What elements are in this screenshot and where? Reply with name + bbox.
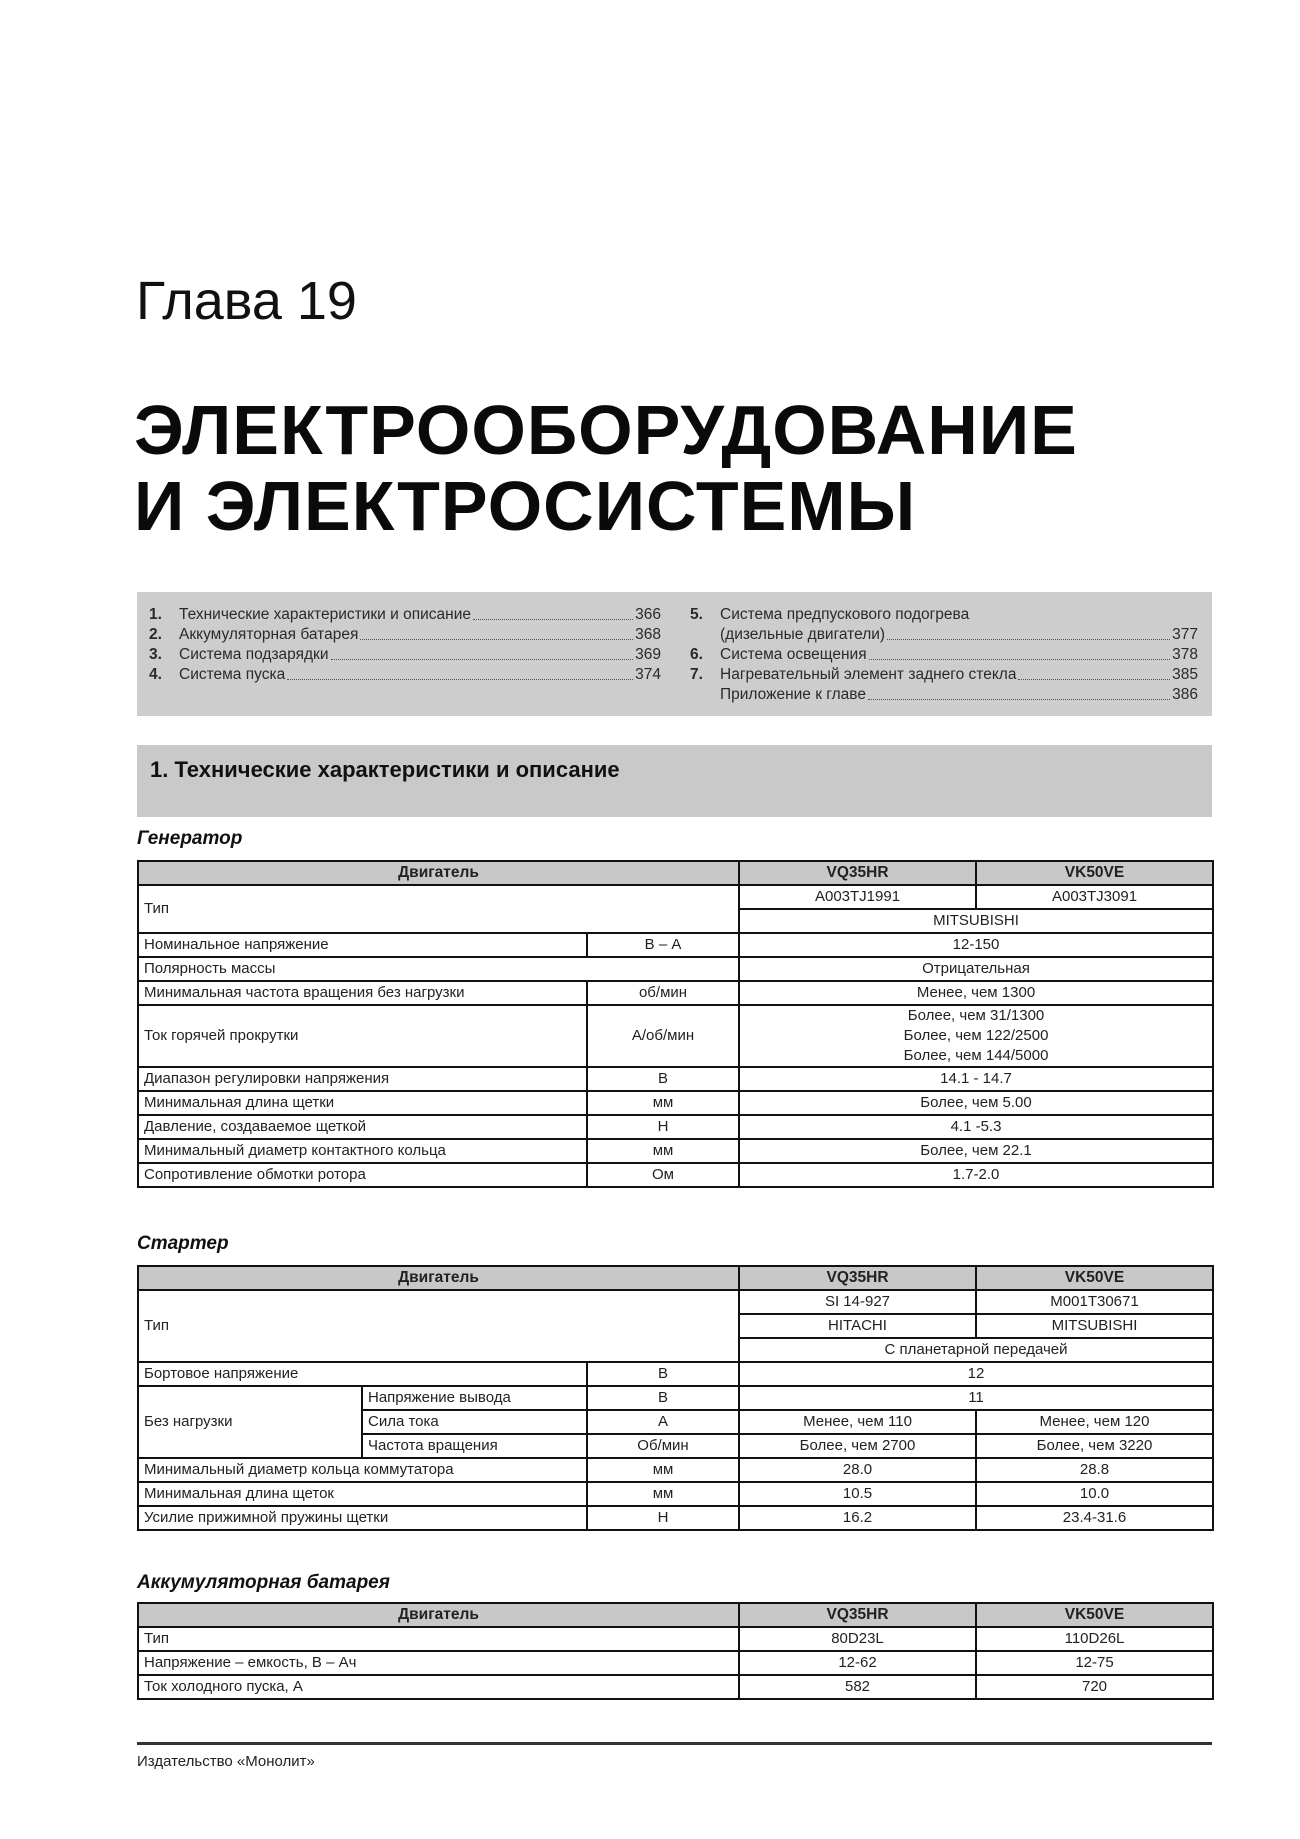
generator-title: Генератор: [137, 828, 242, 850]
toc-leader: [1018, 679, 1170, 680]
row-label: Ток горячей прокрутки: [138, 1005, 587, 1067]
table-row: Сопротивление обмотки ротора Ом 1.7-2.0: [138, 1163, 1213, 1187]
toc-label: Технические характеристики и описание: [179, 605, 471, 625]
toc-item[interactable]: 1.Технические характеристики и описание3…: [149, 605, 661, 625]
table-header-row: Двигатель VQ35HR VK50VE: [138, 1603, 1213, 1627]
row-unit: В: [587, 1067, 739, 1091]
row-unit: мм: [587, 1482, 739, 1506]
section-header: 1. Технические характеристики и описание: [137, 745, 1212, 817]
toc-number: 6.: [690, 645, 720, 665]
table-row: Минимальная длина щеток мм 10.5 10.0: [138, 1482, 1213, 1506]
cell-value: Более, чем 31/1300 Более, чем 122/2500 Б…: [739, 1005, 1213, 1067]
header-engine: Двигатель: [138, 861, 739, 885]
table-row: Давление, создаваемое щеткой Н 4.1 -5.3: [138, 1115, 1213, 1139]
toc-page: 378: [1172, 645, 1198, 665]
toc-page: 368: [635, 625, 661, 645]
row-unit: В – А: [587, 933, 739, 957]
cell-value: Менее, чем 1300: [739, 981, 1213, 1005]
toc-column-right: 5.Система предпускового подогрева (дизел…: [690, 605, 1198, 705]
table-row: Тип 80D23L 110D26L: [138, 1627, 1213, 1651]
starter-table: Двигатель VQ35HR VK50VE Тип SI 14-927 M0…: [137, 1265, 1214, 1531]
toc-number: 2.: [149, 625, 179, 645]
row-label: Бортовое напряжение: [138, 1362, 587, 1386]
cell-value: 1.7-2.0: [739, 1163, 1213, 1187]
cell-value: 720: [976, 1675, 1213, 1699]
publisher-footer: Издательство «Монолит»: [137, 1753, 315, 1770]
table-row: Минимальная частота вращения без нагрузк…: [138, 981, 1213, 1005]
table-row: Номинальное напряжение В – А 12-150: [138, 933, 1213, 957]
toc-leader: [331, 659, 634, 660]
toc-number: 4.: [149, 665, 179, 685]
toc-label: Аккумуляторная батарея: [179, 625, 358, 645]
header-engine: Двигатель: [138, 1266, 739, 1290]
table-header-row: Двигатель VQ35HR VK50VE: [138, 861, 1213, 885]
toc-leader: [287, 679, 633, 680]
cell-value: Менее, чем 120: [976, 1410, 1213, 1434]
toc-label: Нагревательный элемент заднего стекла: [720, 665, 1016, 685]
cell-value: 10.0: [976, 1482, 1213, 1506]
row-label: Без нагрузки: [138, 1386, 362, 1458]
starter-title: Стартер: [137, 1233, 229, 1255]
row-unit: Об/мин: [587, 1434, 739, 1458]
table-row: Тип SI 14-927 M001T30671: [138, 1290, 1213, 1314]
row-unit: А/об/мин: [587, 1005, 739, 1067]
row-label: Номинальное напряжение: [138, 933, 587, 957]
toc-leader: [869, 659, 1171, 660]
row-unit: А: [587, 1410, 739, 1434]
sub-row-label: Напряжение вывода: [362, 1386, 587, 1410]
cell-value: 10.5: [739, 1482, 976, 1506]
cell-value: 4.1 -5.3: [739, 1115, 1213, 1139]
sub-row-label: Сила тока: [362, 1410, 587, 1434]
cell-value: MITSUBISHI: [739, 909, 1213, 933]
row-unit: мм: [587, 1139, 739, 1163]
table-row: Минимальный диаметр кольца коммутатора м…: [138, 1458, 1213, 1482]
table-row: Напряжение – емкость, В – Ач 12-62 12-75: [138, 1651, 1213, 1675]
toc-number: 1.: [149, 605, 179, 625]
cell-value: HITACHI: [739, 1314, 976, 1338]
row-unit: мм: [587, 1458, 739, 1482]
section-title: 1. Технические характеристики и описание: [150, 757, 620, 783]
toc-page: 386: [1172, 685, 1198, 705]
row-unit: Н: [587, 1115, 739, 1139]
row-label: Тип: [138, 885, 739, 933]
cell-value: С планетарной передачей: [739, 1338, 1213, 1362]
cell-value: Более, чем 2700: [739, 1434, 976, 1458]
table-row: Бортовое напряжение В 12: [138, 1362, 1213, 1386]
toc-label: Система предпускового подогрева: [720, 605, 969, 625]
value-line: Более, чем 31/1300: [745, 1006, 1207, 1026]
sub-row-label: Частота вращения: [362, 1434, 587, 1458]
value-line: Более, чем 144/5000: [745, 1046, 1207, 1066]
toc-item[interactable]: 5.Система предпускового подогрева: [690, 605, 1198, 625]
header-vk50ve: VK50VE: [976, 1266, 1213, 1290]
cell-value: Менее, чем 110: [739, 1410, 976, 1434]
row-unit: Н: [587, 1506, 739, 1530]
cell-value: A003TJ3091: [976, 885, 1213, 909]
cell-value: 110D26L: [976, 1627, 1213, 1651]
row-label: Усилие прижимной пружины щетки: [138, 1506, 587, 1530]
cell-value: Более, чем 5.00: [739, 1091, 1213, 1115]
toc-column-left: 1.Технические характеристики и описание3…: [149, 605, 661, 685]
table-header-row: Двигатель VQ35HR VK50VE: [138, 1266, 1213, 1290]
cell-value: 11: [739, 1386, 1213, 1410]
toc-leader: [473, 619, 633, 620]
cell-value: Более, чем 3220: [976, 1434, 1213, 1458]
toc-page: 366: [635, 605, 661, 625]
header-vq35hr: VQ35HR: [739, 1266, 976, 1290]
cell-value: A003TJ1991: [739, 885, 976, 909]
toc-number: 7.: [690, 665, 720, 685]
generator-table: Двигатель VQ35HR VK50VE Тип A003TJ1991 A…: [137, 860, 1214, 1188]
cell-value: Более, чем 22.1: [739, 1139, 1213, 1163]
toc-label: Система освещения: [720, 645, 867, 665]
value-line: Более, чем 122/2500: [745, 1026, 1207, 1046]
table-of-contents: 1.Технические характеристики и описание3…: [137, 592, 1212, 716]
row-unit: мм: [587, 1091, 739, 1115]
header-vq35hr: VQ35HR: [739, 1603, 976, 1627]
cell-value: 12-75: [976, 1651, 1213, 1675]
chapter-number: Глава 19: [136, 270, 357, 332]
row-label: Тип: [138, 1290, 739, 1362]
toc-leader: [360, 639, 633, 640]
toc-leader: [868, 699, 1170, 700]
row-unit: В: [587, 1386, 739, 1410]
toc-item[interactable]: Приложение к главе386: [690, 685, 1198, 705]
table-row: Минимальная длина щетки мм Более, чем 5.…: [138, 1091, 1213, 1115]
toc-label: Система подзарядки: [179, 645, 329, 665]
header-vk50ve: VK50VE: [976, 861, 1213, 885]
table-row: Тип A003TJ1991 A003TJ3091: [138, 885, 1213, 909]
cell-value: SI 14-927: [739, 1290, 976, 1314]
row-label: Минимальная длина щеток: [138, 1482, 587, 1506]
row-label: Минимальная частота вращения без нагрузк…: [138, 981, 587, 1005]
cell-value: 80D23L: [739, 1627, 976, 1651]
row-unit: В: [587, 1362, 739, 1386]
footer-divider: [137, 1742, 1212, 1745]
row-label: Ток холодного пуска, А: [138, 1675, 739, 1699]
toc-number: 3.: [149, 645, 179, 665]
header-vq35hr: VQ35HR: [739, 861, 976, 885]
table-row: Ток холодного пуска, А 582 720: [138, 1675, 1213, 1699]
header-engine: Двигатель: [138, 1603, 739, 1627]
chapter-title-line: И ЭЛЕКТРОСИСТЕМЫ: [134, 468, 1078, 544]
row-label: Минимальный диаметр контактного кольца: [138, 1139, 587, 1163]
toc-page: 369: [635, 645, 661, 665]
row-label: Полярность массы: [138, 957, 739, 981]
row-unit: об/мин: [587, 981, 739, 1005]
chapter-title: ЭЛЕКТРООБОРУДОВАНИЕ И ЭЛЕКТРОСИСТЕМЫ: [134, 392, 1078, 544]
cell-value: 28.8: [976, 1458, 1213, 1482]
toc-label: Приложение к главе: [720, 685, 866, 705]
toc-page: 377: [1172, 625, 1198, 645]
cell-value: MITSUBISHI: [976, 1314, 1213, 1338]
toc-item[interactable]: 6.Система освещения378: [690, 645, 1198, 665]
row-label: Сопротивление обмотки ротора: [138, 1163, 587, 1187]
toc-item[interactable]: 3.Система подзарядки369: [149, 645, 661, 665]
cell-value: Отрицательная: [739, 957, 1213, 981]
toc-item[interactable]: 2.Аккумуляторная батарея368: [149, 625, 661, 645]
cell-value: M001T30671: [976, 1290, 1213, 1314]
row-label: Напряжение – емкость, В – Ач: [138, 1651, 739, 1675]
cell-value: 16.2: [739, 1506, 976, 1530]
row-label: Минимальный диаметр кольца коммутатора: [138, 1458, 587, 1482]
toc-item[interactable]: 4.Система пуска374: [149, 665, 661, 685]
row-label: Тип: [138, 1627, 739, 1651]
toc-page: 374: [635, 665, 661, 685]
cell-value: 12-62: [739, 1651, 976, 1675]
cell-value: 28.0: [739, 1458, 976, 1482]
row-label: Давление, создаваемое щеткой: [138, 1115, 587, 1139]
header-vk50ve: VK50VE: [976, 1603, 1213, 1627]
table-row: Полярность массы Отрицательная: [138, 957, 1213, 981]
table-row: Ток горячей прокрутки А/об/мин Более, че…: [138, 1005, 1213, 1067]
toc-leader: [887, 639, 1170, 640]
chapter-title-line: ЭЛЕКТРООБОРУДОВАНИЕ: [134, 392, 1078, 468]
battery-title: Аккумуляторная батарея: [137, 1572, 390, 1594]
toc-label: Система пуска: [179, 665, 285, 685]
toc-item[interactable]: 7.Нагревательный элемент заднего стекла3…: [690, 665, 1198, 685]
toc-number: 5.: [690, 605, 720, 625]
toc-item-continuation[interactable]: (дизельные двигатели)377: [690, 625, 1198, 645]
cell-value: 23.4-31.6: [976, 1506, 1213, 1530]
cell-value: 12: [739, 1362, 1213, 1386]
cell-value: 12-150: [739, 933, 1213, 957]
table-row: Без нагрузки Напряжение вывода В 11: [138, 1386, 1213, 1410]
row-unit: Ом: [587, 1163, 739, 1187]
toc-page: 385: [1172, 665, 1198, 685]
table-row: Диапазон регулировки напряжения В 14.1 -…: [138, 1067, 1213, 1091]
cell-value: 14.1 - 14.7: [739, 1067, 1213, 1091]
table-row: Минимальный диаметр контактного кольца м…: [138, 1139, 1213, 1163]
row-label: Минимальная длина щетки: [138, 1091, 587, 1115]
battery-table: Двигатель VQ35HR VK50VE Тип 80D23L 110D2…: [137, 1602, 1214, 1700]
table-row: Усилие прижимной пружины щетки Н 16.2 23…: [138, 1506, 1213, 1530]
row-label: Диапазон регулировки напряжения: [138, 1067, 587, 1091]
toc-label: (дизельные двигатели): [720, 625, 885, 645]
cell-value: 582: [739, 1675, 976, 1699]
